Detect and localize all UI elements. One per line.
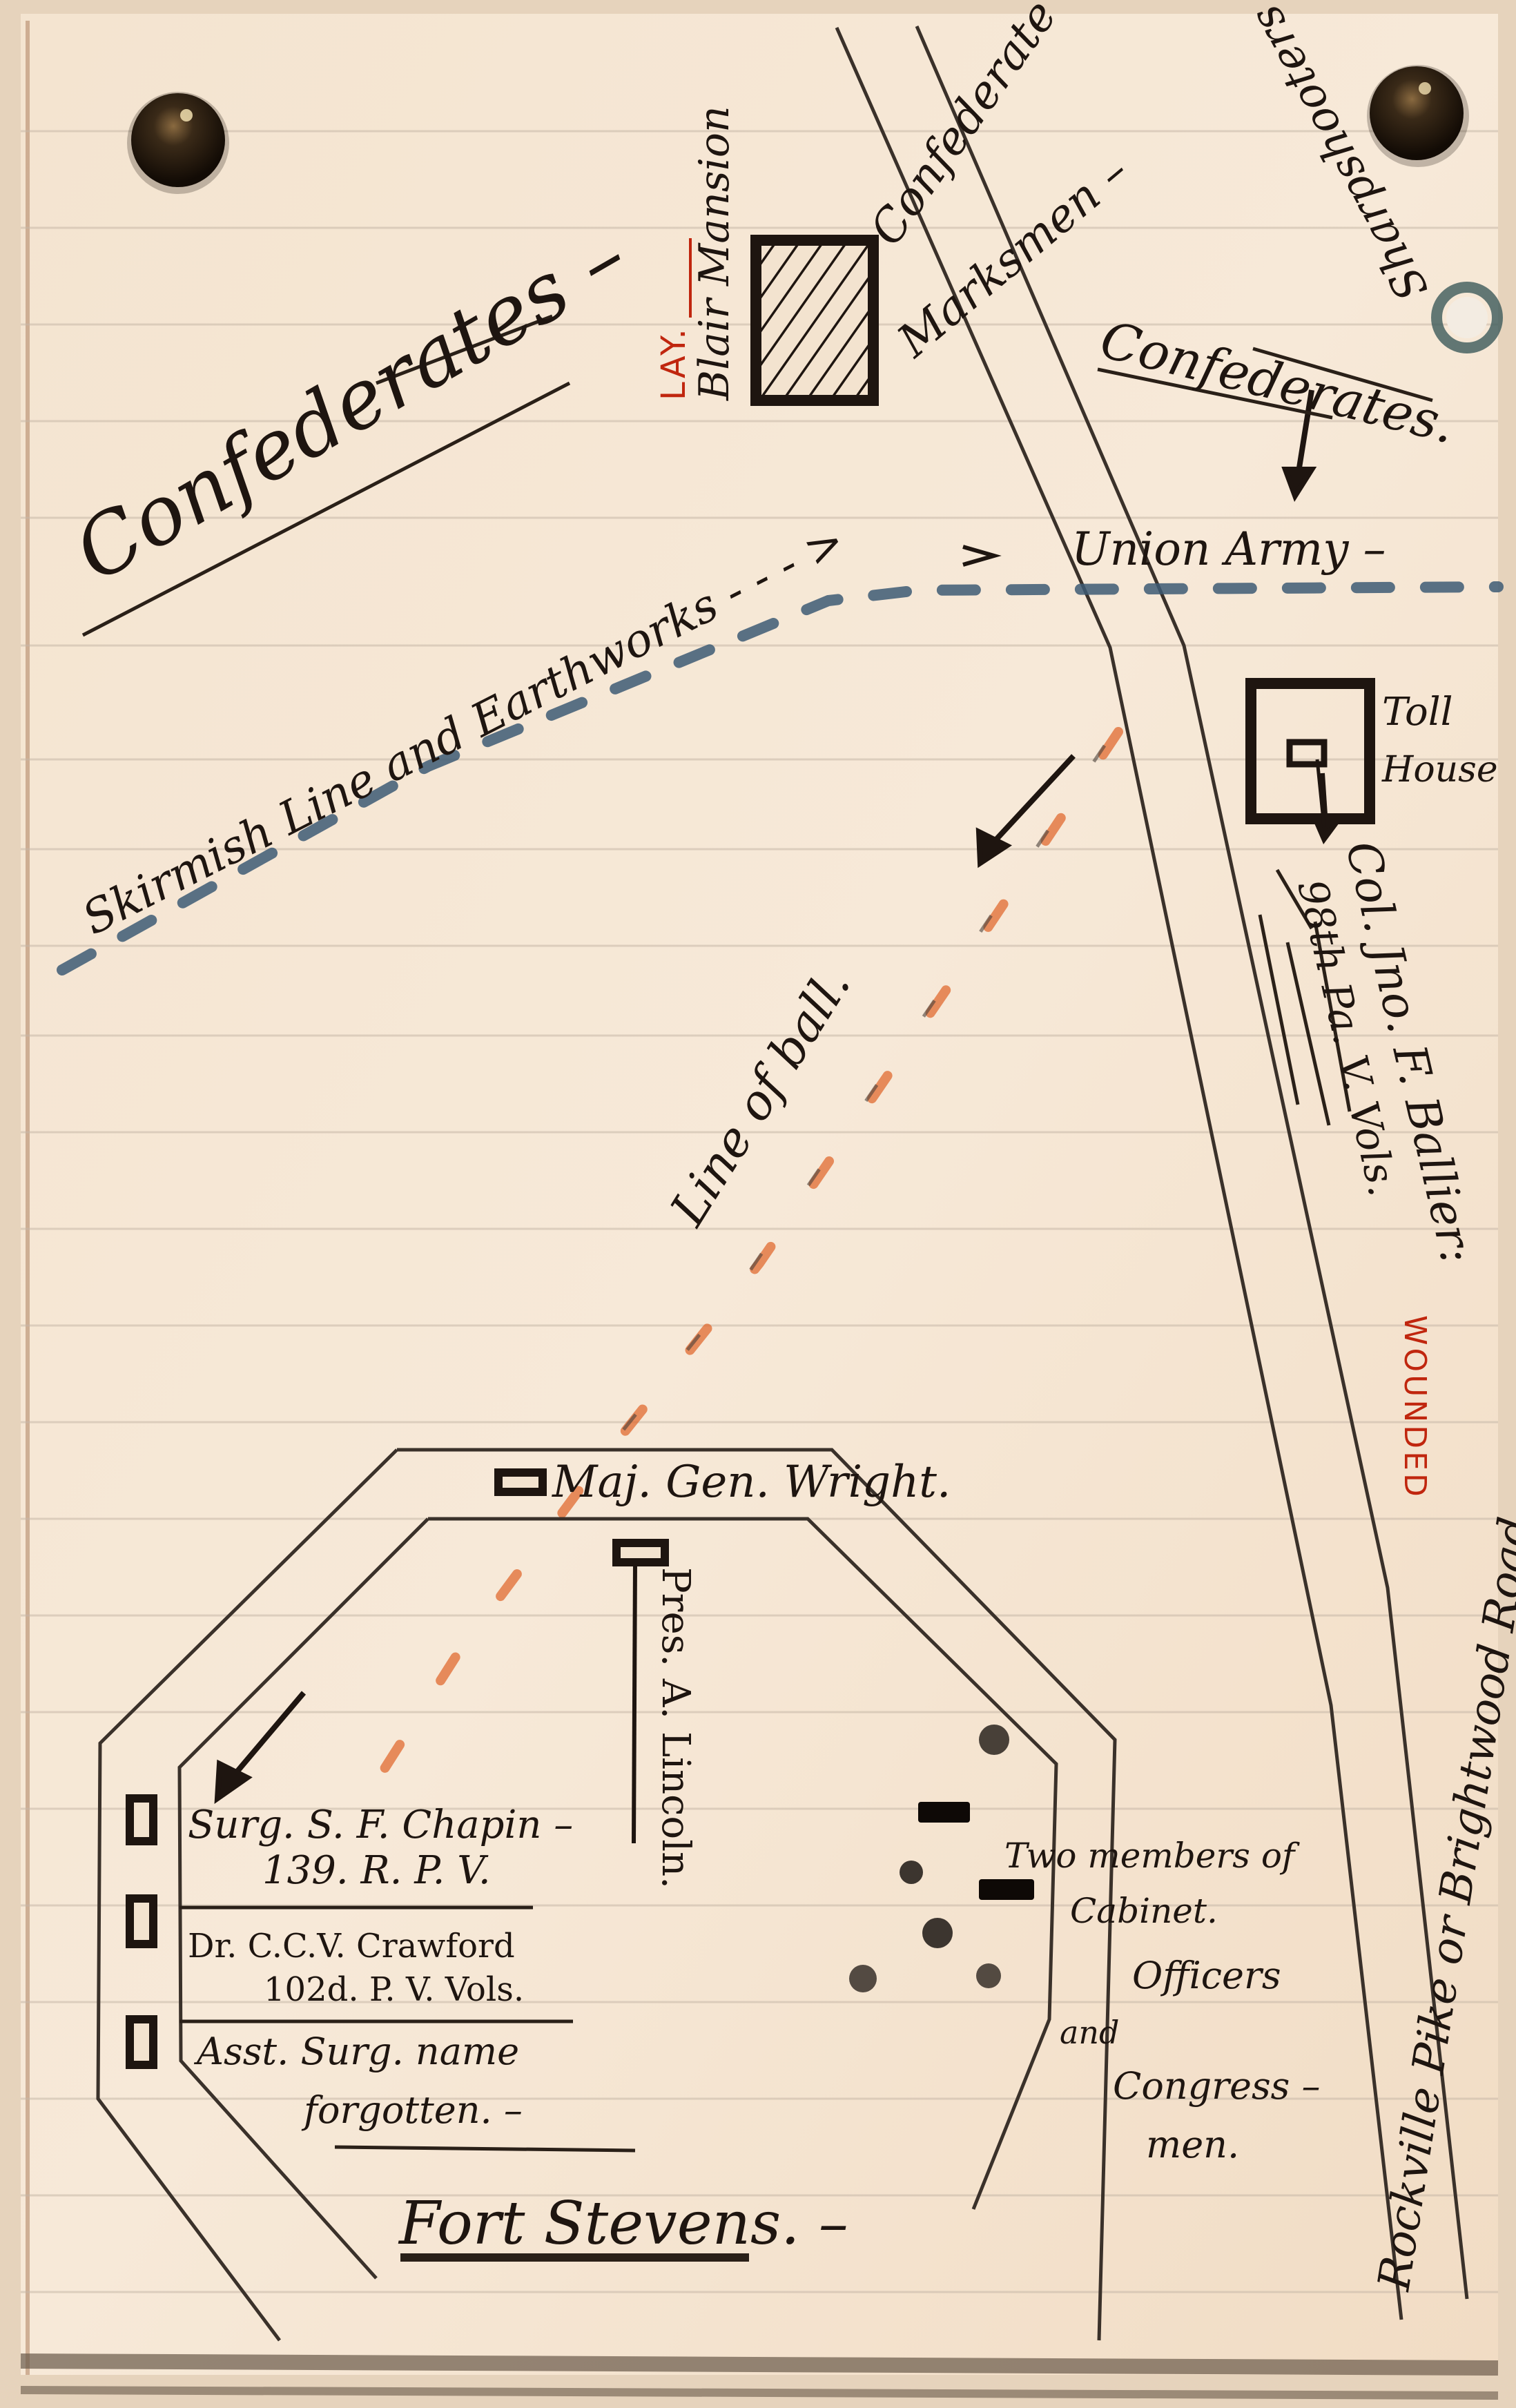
sketch-map: Confederates – Confederates. Sharpshoote… [0,0,1516,2408]
top-left-pin-icon [127,92,229,194]
label-officers-2: and [1060,2014,1120,2051]
label-toll-house-1: Toll [1382,690,1453,735]
label-officers-1: Officers [1132,1954,1281,1997]
label-maj-gen-wright: Maj. Gen. Wright. [552,1457,951,1508]
label-surgeon-crawford: Dr. C.C.V. Crawford [188,1927,515,1965]
label-cabinet-1: Two members of [1004,1836,1300,1876]
top-right-pin-icon [1367,65,1469,167]
label-asst-surgeon: Asst. Surg. name [193,2030,519,2073]
label-fort-stevens: Fort Stevens. – [398,2189,848,2258]
label-mansion-red-note: LAY. [654,326,693,400]
label-officers-4: men. [1146,2123,1239,2166]
label-wounded: WOUNDED [1397,1315,1432,1499]
label-union-army: Union Army – [1071,523,1386,576]
label-surgeon-crawford-unit: 102d. P. V. Vols. [264,1970,524,2009]
label-surgeon-chapin-unit: 139. R. P. V. [262,1848,491,1893]
label-surgeon-chapin: Surg. S. F. Chapin – [188,1803,573,1847]
label-asst-surgeon-note: forgotten. – [301,2088,523,2132]
label-blair-mansion: Blair Mansion [690,106,739,401]
label-pres-lincoln: Pres. A. Lincoln. [653,1567,698,1889]
label-officers-3: Congress – [1113,2064,1321,2108]
label-cabinet-2: Cabinet. [1070,1891,1218,1931]
label-toll-house-2: House [1381,749,1498,790]
